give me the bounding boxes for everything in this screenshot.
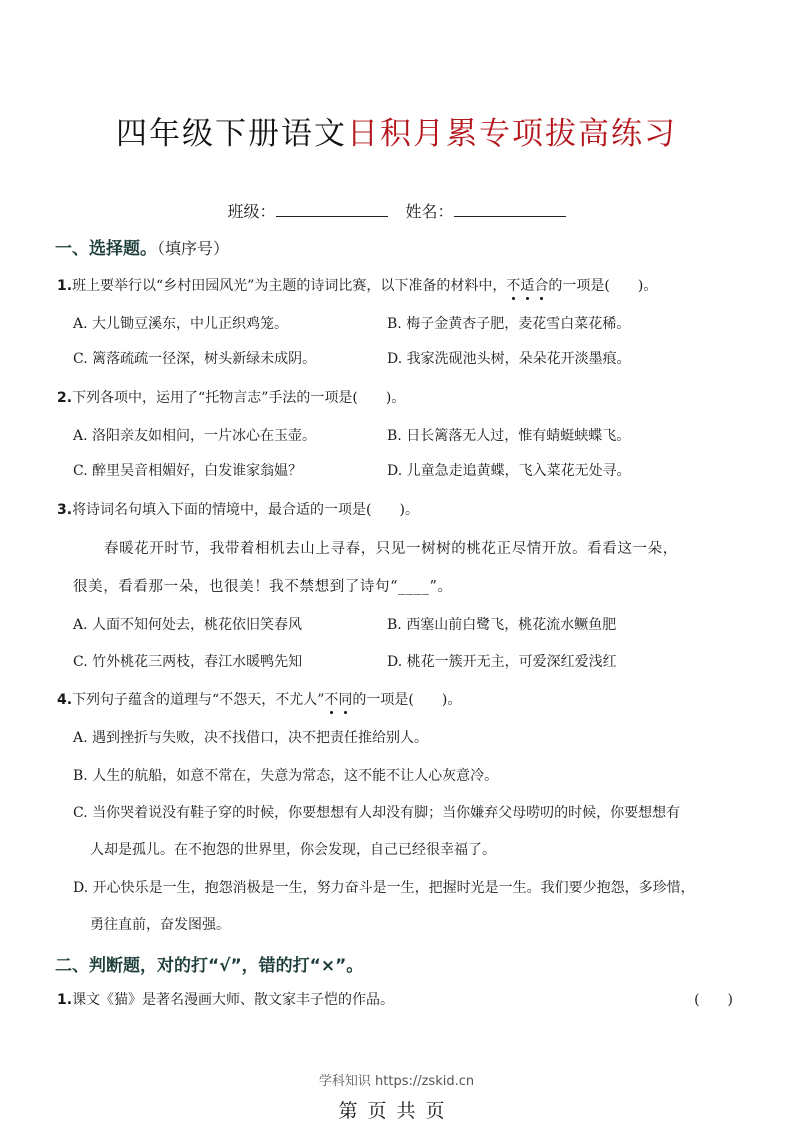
q1-option-c: C. 篱落疏疏一径深，树头新绿未成阴。 (73, 348, 316, 368)
class-label: 班级： (227, 202, 275, 221)
q4-option-a: A. 遇到挫折与失败，决不找借口，决不把责任推给别人。 (73, 727, 428, 747)
section2-heading: 二、判断题，对的打“√”，错的打“×”。 (55, 951, 363, 976)
question-1: 1.班上要举行以“乡村田园风光”为主题的诗词比赛，以下准备的材料中，不适合的一项… (57, 275, 657, 295)
title-black: 四年级下册语文 (116, 116, 347, 152)
section1-heading: 一、选择题。（填序号） (55, 234, 229, 259)
judge-answer-paren[interactable]: ( ) (694, 989, 733, 1009)
q3-option-d: D. 桃花一簇开无主，可爱深红爱浅红 (387, 651, 617, 671)
q1-option-d: D. 我家洗砚池头树，朵朵花开淡墨痕。 (387, 348, 631, 368)
q1-option-b: B. 梅子金黄杏子肥，麦花雪白菜花稀。 (387, 313, 630, 333)
watermark: 学科知识 https://zskid.cn (0, 1070, 793, 1089)
q1-option-a: A. 大儿锄豆溪东，中儿正织鸡笼。 (73, 313, 288, 333)
q2-option-b: B. 日长篱落无人过，惟有蜻蜓蛱蝶飞。 (387, 425, 630, 445)
q3-option-c: C. 竹外桃花三两枝，春江水暖鸭先知 (73, 651, 302, 671)
student-info: 班级：姓名： (0, 199, 793, 222)
q4-option-c-line1: C. 当你哭着说没有鞋子穿的时候，你要想想有人却没有脚；当你嫌弃父母唠叨的时候，… (73, 802, 680, 822)
q4-option-c-line2: 人却是孤儿。在不抱怨的世界里，你会发现，自己已经很幸福了。 (90, 839, 496, 859)
question-2: 2.下列各项中，运用了“托物言志”手法的一项是( )。 (57, 387, 405, 407)
name-blank[interactable] (454, 202, 566, 217)
page-title: 四年级下册语文日积月累专项拔高练习 (0, 108, 793, 153)
q3-option-a: A. 人面不知何处去，桃花依旧笑春风 (73, 614, 302, 634)
page-number: 第页共页 (0, 1096, 793, 1122)
q2-option-c: C. 醉里吴音相媚好，白发谁家翁媪？ (73, 460, 302, 480)
q4-option-d-line2: 勇往直前，奋发图强。 (90, 914, 230, 934)
q3-passage-line2: 很美，看看那一朵，也很美！我不禁想到了诗句“____”。 (73, 575, 453, 596)
q3-passage-line1: 春暖花开时节，我带着相机去山上寻春，只见一树树的桃花正尽情开放。看看这一朵， (104, 537, 678, 558)
title-red: 日积月累专项拔高练习 (347, 116, 677, 152)
q4-option-b: B. 人生的航船，如意不常在，失意为常态，这不能不让人心灰意冷。 (73, 765, 498, 785)
judge-question-1: 1.课文《猫》是著名漫画大师、散文家丰子恺的作品。 (57, 989, 394, 1009)
q4-option-d-line1: D. 开心快乐是一生，抱怨消极是一生，努力奋斗是一生，把握时光是一生。我们要少抱… (73, 877, 695, 897)
q2-option-d: D. 儿童急走追黄蝶，飞入菜花无处寻。 (387, 460, 631, 480)
question-4: 4.下列句子蕴含的道理与“不怨天，不尤人”不同的一项是( )。 (57, 689, 461, 709)
class-blank[interactable] (276, 202, 388, 217)
q2-option-a: A. 洛阳亲友如相问，一片冰心在玉壶。 (73, 425, 316, 445)
name-label: 姓名： (406, 202, 454, 221)
q3-option-b: B. 西塞山前白鹭飞，桃花流水鳜鱼肥 (387, 614, 616, 634)
question-3: 3.将诗词名句填入下面的情境中，最合适的一项是( )。 (57, 499, 419, 519)
